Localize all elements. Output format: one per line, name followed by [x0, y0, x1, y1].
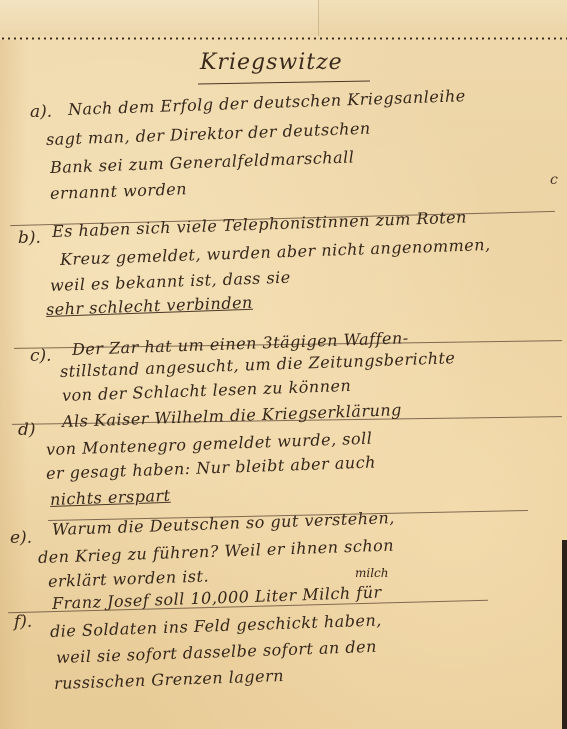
- item-f-line-3: weil sie sofort dasselbe sofort an den: [56, 637, 377, 667]
- page-edge-shadow: [562, 540, 567, 729]
- margin-mark: c: [550, 172, 558, 188]
- item-f-line-4: russischen Grenzen lagern: [54, 666, 285, 693]
- item-b-line-2: Kreuz gemeldet, wurden aber nicht angeno…: [60, 235, 491, 269]
- folded-flap: [0, 0, 319, 36]
- item-d-line-4: nichts erspart: [50, 486, 171, 509]
- item-d-label: d): [18, 420, 36, 440]
- title-underline: [198, 80, 370, 84]
- item-b-line-1: Es haben sich viele Telephonistinnen zum…: [52, 208, 468, 241]
- item-e-line-2: den Krieg zu führen? Weil er ihnen schon: [38, 536, 395, 567]
- item-e-line-1: Warum die Deutschen so gut verstehen,: [52, 508, 395, 539]
- document-page: Kriegswitze a). Nach dem Erfolg der deut…: [0, 0, 567, 729]
- item-e-label: e).: [10, 528, 32, 548]
- item-a-line-4: ernannt worden: [50, 179, 188, 203]
- item-a-line-2: sagt man, der Direktor der deutschen: [46, 119, 371, 149]
- item-f-line-2: die Soldaten ins Feld geschickt haben,: [50, 610, 382, 641]
- item-c-label: c).: [30, 346, 52, 366]
- item-b-line-4: sehr schlecht verbinden: [46, 293, 253, 319]
- item-b-label: b).: [18, 228, 41, 248]
- item-e-line-3: erklärt worden ist.: [48, 566, 210, 591]
- item-f-label: f).: [14, 612, 32, 632]
- item-d-line-1: Als Kaiser Wilhelm die Kriegserklärung: [62, 400, 403, 431]
- item-a-line-1: Nach dem Erfolg der deutschen Kriegsanle…: [68, 86, 466, 119]
- perforation-line: [0, 37, 567, 40]
- page-title: Kriegswitze: [200, 50, 343, 75]
- item-b-line-3: weil es bekannt ist, dass sie: [50, 268, 291, 295]
- item-c-line-3: von der Schlacht lesen zu können: [62, 376, 352, 405]
- item-a-line-3: Bank sei zum Generalfeldmarschall: [50, 147, 355, 177]
- item-a-label: a).: [30, 102, 52, 122]
- inserted-word: milch: [355, 566, 389, 580]
